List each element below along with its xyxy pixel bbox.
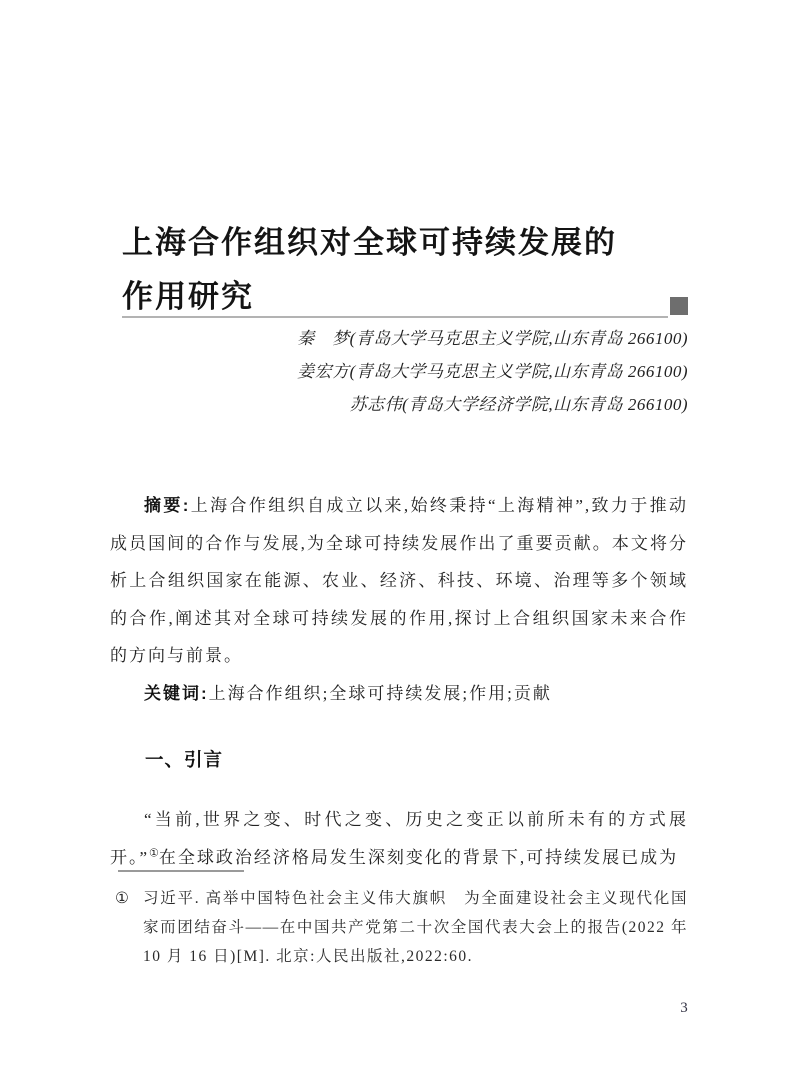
footnote-item: ①习近平. 高举中国特色社会主义伟大旗帜 为全面建设社会主义现代化国家而团结奋斗… [115,884,688,971]
title-divider-rule [122,316,668,318]
author-line-1: 秦 梦(青岛大学马克思主义学院,山东青岛 266100) [297,322,688,355]
introduction-paragraph: “当前,世界之变、时代之变、历史之变正以前所未有的方式展开。”①在全球政治经济格… [110,801,688,877]
page-number: 3 [672,1000,696,1017]
abstract-paragraph: 摘要:上海合作组织自成立以来,始终秉持“上海精神”,致力于推动成员国间的合作与发… [110,487,688,675]
footnote-marker: ① [115,884,129,913]
keywords-paragraph: 关键词:上海合作组织;全球可持续发展;作用;贡献 [110,675,688,713]
title-accent-square [670,297,688,315]
keywords-label: 关键词: [144,684,209,703]
section-heading-introduction: 一、引言 [145,746,223,772]
introduction-rest-text: 在全球政治经济格局发生深刻变化的背景下,可持续发展已成为 [159,848,678,867]
abstract-text: 上海合作组织自成立以来,始终秉持“上海精神”,致力于推动成员国间的合作与发展,为… [110,496,688,665]
article-title-line-1: 上海合作组织对全球可持续发展的 [122,216,682,270]
abstract-label: 摘要: [144,496,190,515]
author-line-3: 苏志伟(青岛大学经济学院,山东青岛 266100) [297,388,688,421]
article-title: 上海合作组织对全球可持续发展的 作用研究 [122,216,682,324]
footnote-text: 习近平. 高举中国特色社会主义伟大旗帜 为全面建设社会主义现代化国家而团结奋斗—… [143,890,688,965]
footnote-reference-mark: ① [149,847,159,859]
author-line-2: 姜宏方(青岛大学马克思主义学院,山东青岛 266100) [297,355,688,388]
abstract-block: 摘要:上海合作组织自成立以来,始终秉持“上海精神”,致力于推动成员国间的合作与发… [110,487,688,712]
document-page: { "title": { "lines": [ "上海合作组织对全球可持续发展的… [0,0,799,1073]
footnote-divider-rule [118,870,244,872]
author-block: 秦 梦(青岛大学马克思主义学院,山东青岛 266100) 姜宏方(青岛大学马克思… [297,322,688,421]
keywords-text: 上海合作组织;全球可持续发展;作用;贡献 [209,684,552,703]
footnote-block: ①习近平. 高举中国特色社会主义伟大旗帜 为全面建设社会主义现代化国家而团结奋斗… [115,884,688,971]
